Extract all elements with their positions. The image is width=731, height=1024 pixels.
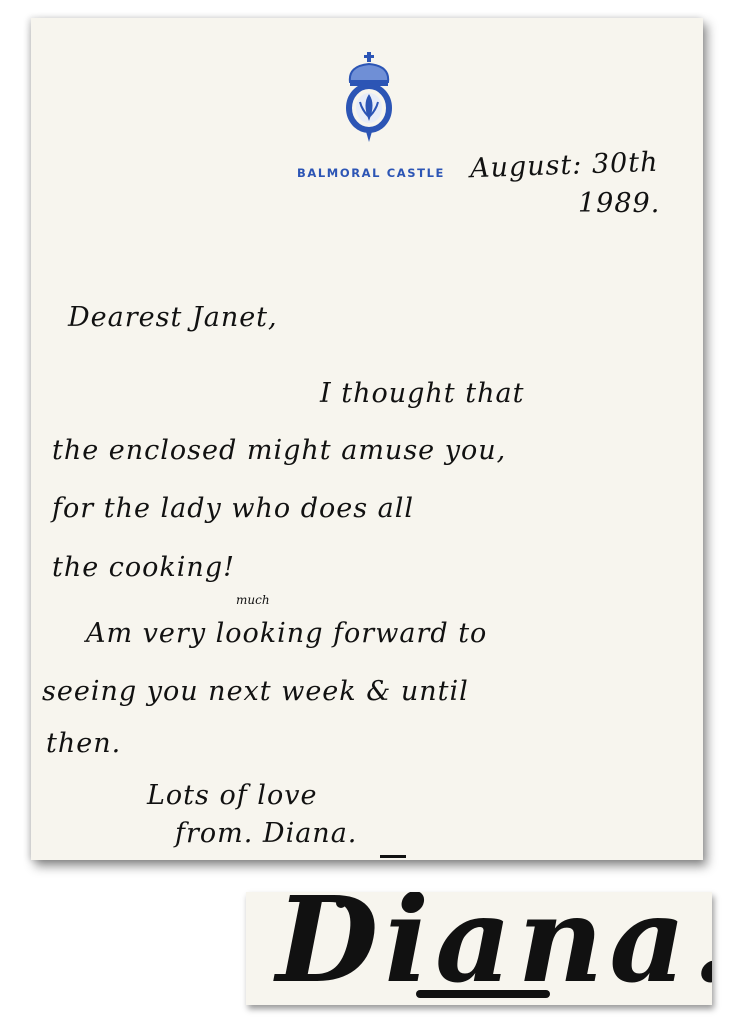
signature-underline — [380, 855, 406, 858]
signature-text: Diana. — [276, 892, 712, 1005]
letterhead-title: BALMORAL CASTLE — [261, 166, 481, 180]
inserted-word: much — [236, 593, 270, 607]
body-line: seeing you next week & until — [42, 676, 469, 707]
body-line: for the lady who does all — [52, 493, 414, 524]
signature-underline-closeup — [416, 990, 550, 998]
salutation: Dearest Janet, — [68, 302, 278, 333]
signature-line: from. Diana. — [175, 818, 357, 849]
closing-line: Lots of love — [147, 780, 317, 811]
body-line: the cooking! — [52, 552, 235, 583]
date-line-1: August: 30th — [470, 147, 660, 185]
crest-icon — [344, 52, 394, 144]
body-line: the enclosed might amuse you, — [52, 435, 506, 466]
date-line-2: 1989. — [578, 188, 660, 219]
body-line: Am very looking forward to — [86, 618, 487, 649]
signature-i-dot — [336, 898, 346, 908]
body-line: I thought that — [320, 378, 524, 409]
signature-closeup: Diana. — [246, 892, 712, 1005]
body-line: then. — [46, 728, 121, 759]
